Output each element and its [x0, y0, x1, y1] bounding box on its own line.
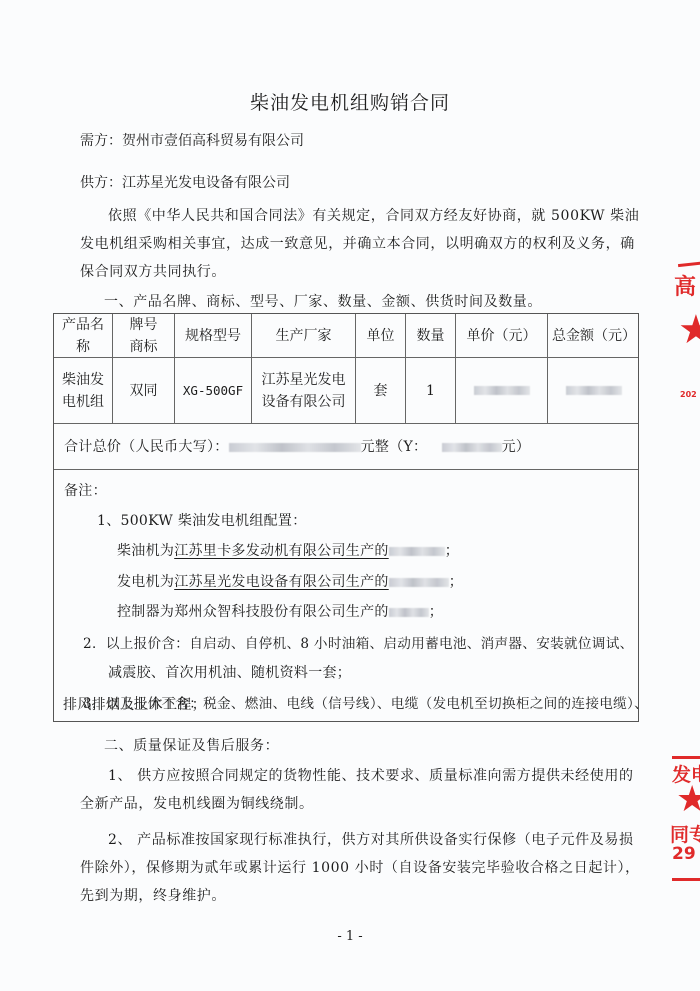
seller-name: 江苏星光发电设备有限公司 — [122, 175, 290, 191]
generator-model-redacted — [389, 578, 449, 587]
header-quantity: 数量 — [406, 314, 456, 357]
buyer-label: 需方： — [80, 133, 122, 149]
product-table: 产品名称 牌号商标 规格型号 生产厂家 单位 数量 单价（元） 总金额（元） 柴… — [53, 313, 639, 722]
quality-item1: 1、 供方应按照合同规定的货物性能、技术要求、质量标准向需方提供未经使用的全新产… — [80, 762, 640, 818]
cell-manufacturer: 江苏星光发电设备有限公司 — [252, 358, 356, 423]
buyer-line: 需方：贺州市壹佰高科贸易有限公司 — [80, 130, 304, 150]
total-label: 合计总价（人民币大写）： — [64, 439, 229, 455]
seller-line: 供方：江苏星光发电设备有限公司 — [80, 172, 290, 192]
cell-model: XG-500GF — [175, 358, 252, 423]
notes-item2-line2: 减震胶、首次用机油、随机资料一套； — [108, 662, 351, 682]
total-words-redacted — [229, 443, 361, 452]
header-unit-price: 单价（元） — [456, 314, 548, 357]
engine-model-redacted — [389, 547, 445, 556]
company-seal-bottom: 发电 ★ 同专 29 — [672, 756, 700, 896]
notes-engine: 柴油机为江苏里卡多发动机有限公司生产的； — [117, 540, 459, 560]
notes-controller: 控制器为郑州众智科技股份有限公司生产的； — [117, 601, 443, 621]
section2-title: 二、质量保证及售后服务： — [104, 735, 279, 755]
table-notes-row: 备注： 1、500KW 柴油发电机组配置： 柴油机为江苏里卡多发动机有限公司生产… — [54, 470, 638, 721]
cell-total-redacted — [548, 358, 640, 423]
contract-page: 柴油发电机组购销合同 需方：贺州市壹佰高科贸易有限公司 供方：江苏星光发电设备有… — [0, 0, 700, 991]
header-manufacturer: 生产厂家 — [252, 314, 356, 357]
cell-product: 柴油发电机组 — [54, 358, 113, 423]
header-unit: 单位 — [356, 314, 406, 357]
generator-maker: 江苏星光发电设备有限公司生产的 — [174, 574, 389, 590]
cell-quantity: 1 — [406, 358, 456, 423]
page-number: - 1 - — [0, 929, 700, 944]
header-product: 产品名称 — [54, 314, 113, 357]
seal-star-icon: ★ — [676, 782, 700, 818]
total-line: 合计总价（人民币大写）：元整（Y： 元） — [64, 436, 530, 456]
notes-generator: 发电机为江苏星光发电设备有限公司生产的； — [117, 571, 463, 591]
header-model: 规格型号 — [175, 314, 252, 357]
cell-unit: 套 — [356, 358, 406, 423]
table-header-row: 产品名称 牌号商标 规格型号 生产厂家 单位 数量 单价（元） 总金额（元） — [54, 314, 638, 358]
engine-maker: 江苏里卡多发动机有限公司生产的 — [174, 543, 389, 559]
buyer-name: 贺州市壹佰高科贸易有限公司 — [122, 133, 304, 149]
controller-model-redacted — [389, 608, 429, 617]
total-number-redacted — [442, 443, 502, 452]
total-suffix: 元整（Y： — [361, 439, 428, 455]
header-total: 总金额（元） — [548, 314, 640, 357]
table-row: 柴油发电机组 双同 XG-500GF 江苏星光发电设备有限公司 套 1 — [54, 358, 638, 424]
company-seal-top: 高 ★ 202 — [672, 262, 700, 412]
notes-item3-line2: 排风排烟及土木工程； — [63, 694, 206, 714]
notes-item2-line1: 2．以上报价含：自启动、自停机、8 小时油箱、启动用蓄电池、消声器、安装就位调试… — [83, 632, 633, 652]
header-brand: 牌号商标 — [113, 314, 175, 357]
cell-unit-price-redacted — [456, 358, 548, 423]
seller-label: 供方： — [80, 175, 122, 191]
intro-paragraph: 依照《中华人民共和国合同法》有关规定，合同双方经友好协商，就 500KW 柴油发… — [80, 202, 640, 286]
document-title: 柴油发电机组购销合同 — [0, 88, 700, 115]
notes-item1: 1、500KW 柴油发电机组配置： — [97, 510, 307, 530]
quality-item2: 2、 产品标准按国家现行标准执行，供方对其所供设备实行保修（电子元件及易损件除外… — [80, 826, 640, 910]
total-end: 元） — [502, 439, 531, 455]
table-total-row: 合计总价（人民币大写）：元整（Y： 元） — [54, 424, 638, 470]
seal-star-icon: ★ — [678, 310, 700, 350]
section1-title: 一、产品名牌、商标、型号、厂家、数量、金额、供货时间及数量。 — [104, 291, 542, 311]
cell-brand: 双同 — [113, 358, 175, 423]
notes-label: 备注： — [64, 480, 107, 500]
